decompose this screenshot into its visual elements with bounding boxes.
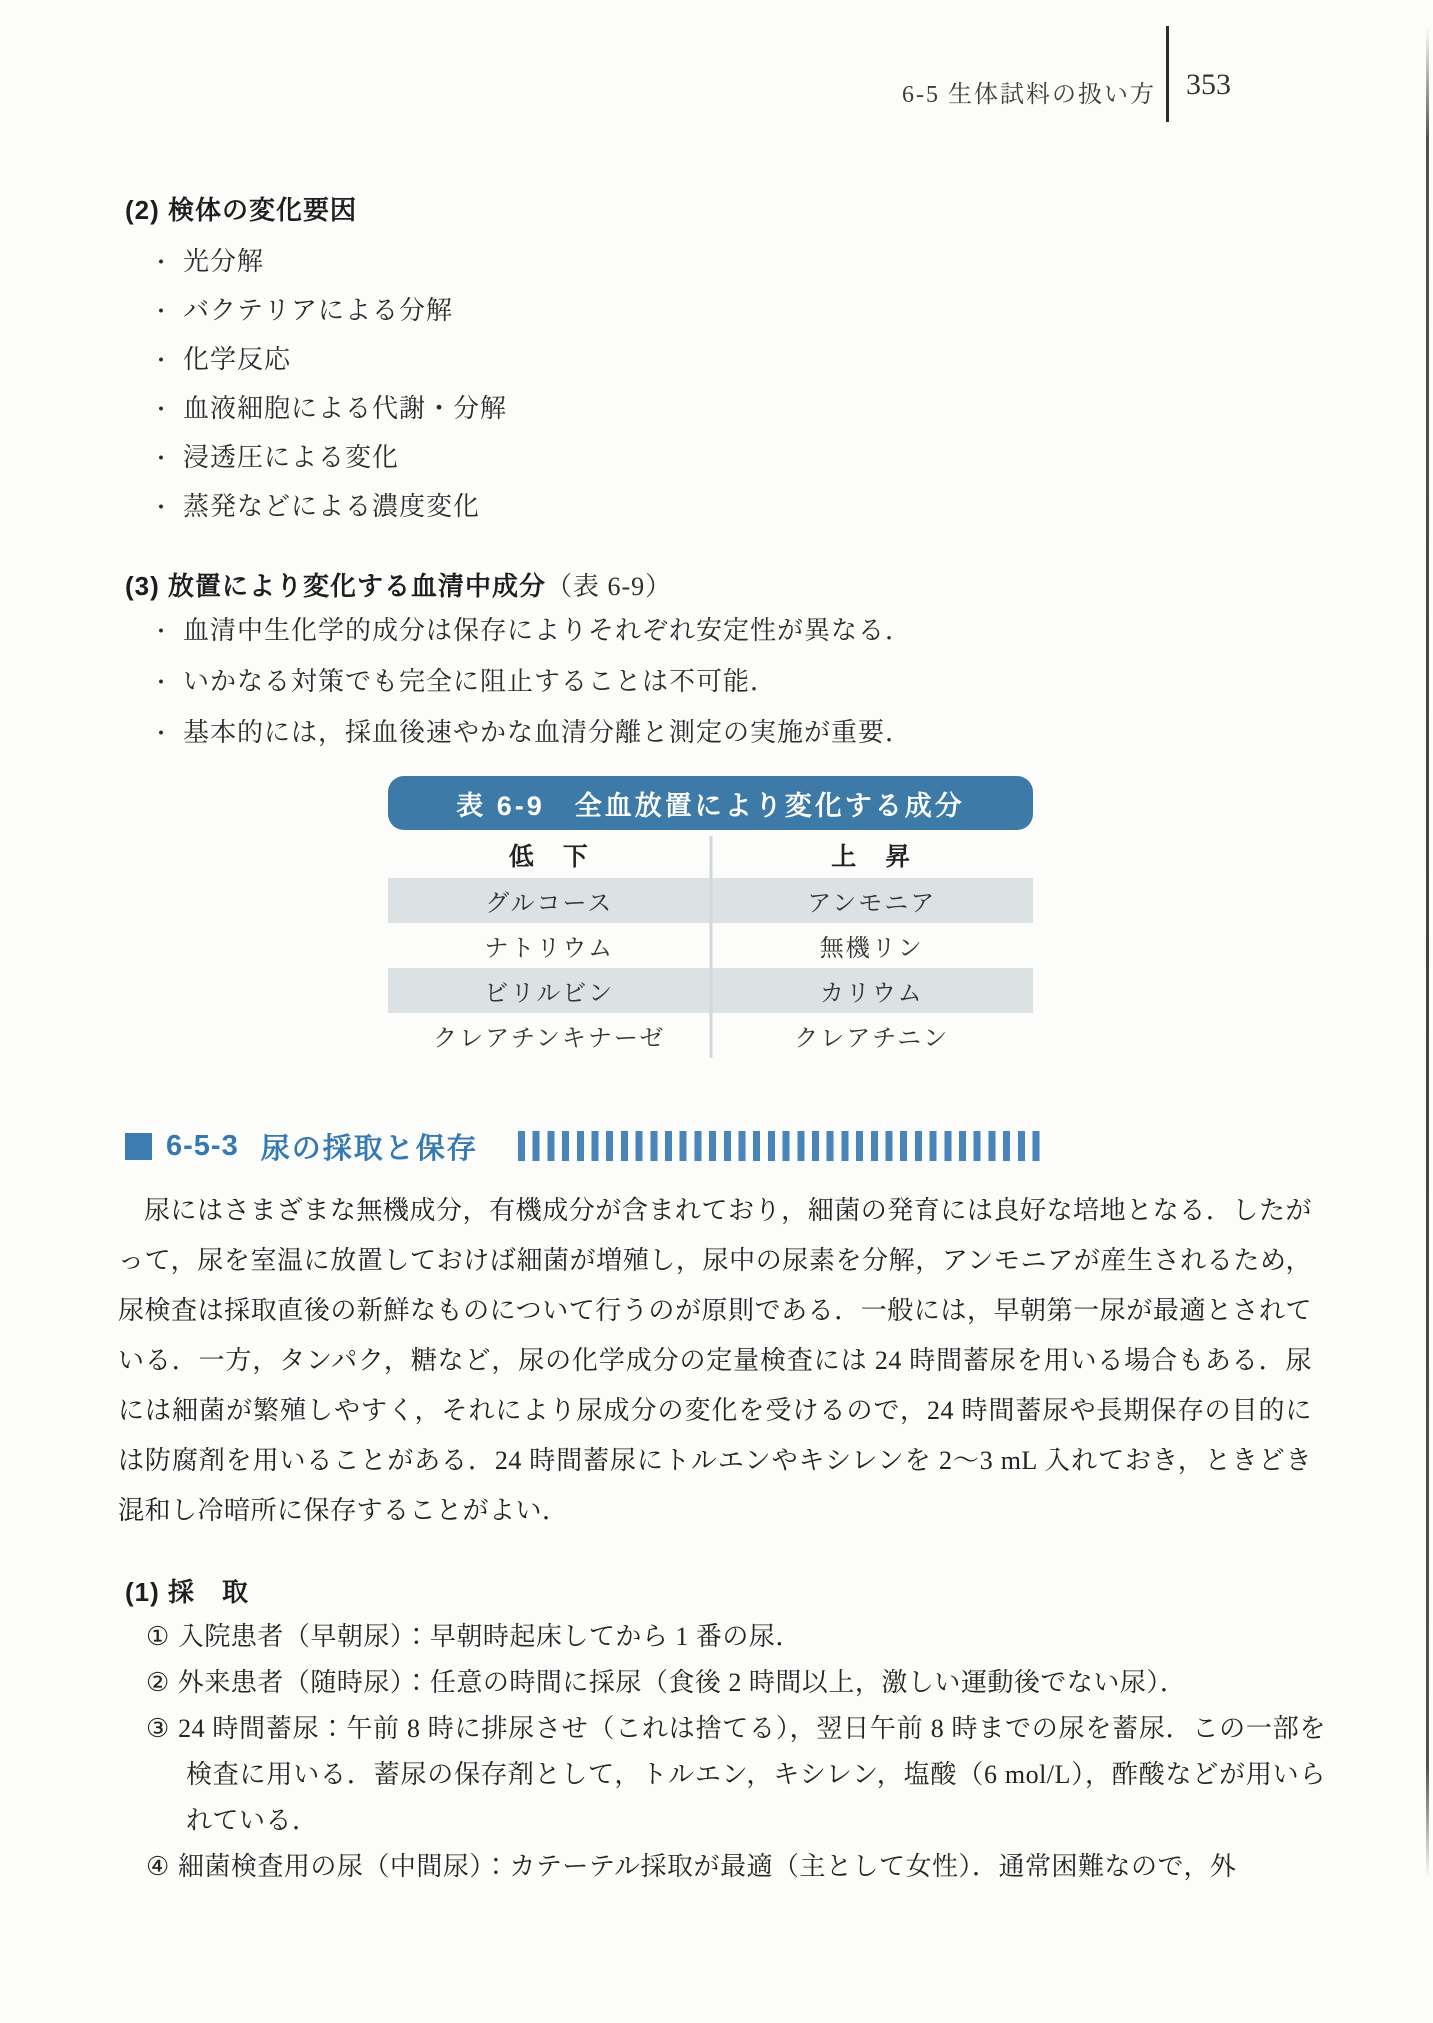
section-number: 6-5-3	[166, 1130, 239, 1163]
section2-heading: (2) 検体の変化要因	[125, 190, 357, 227]
item-number: ③	[146, 1714, 170, 1743]
item-number: ④	[146, 1852, 170, 1881]
section-title: 尿の採取と保存	[261, 1126, 478, 1167]
table-cell: グルコース	[388, 878, 711, 923]
table-cell: アンモニア	[711, 878, 1034, 923]
bullet-icon: ・	[150, 721, 173, 746]
bullet-icon: ・	[150, 446, 173, 471]
tick-bars-decoration	[518, 1131, 1046, 1161]
item-number: ②	[146, 1668, 170, 1697]
page-header: 6-5 生体試料の扱い方	[0, 74, 1156, 109]
table-cell: ナトリウム	[388, 923, 711, 968]
bullet-item: ・光分解	[150, 238, 507, 287]
bullet-icon: ・	[150, 619, 173, 644]
bullet-icon: ・	[150, 397, 173, 422]
scan-edge-line	[1426, 28, 1429, 1878]
bullet-item: ・バクテリアによる分解	[150, 287, 507, 336]
bullet-item: ・血液細胞による代謝・分解	[150, 385, 507, 434]
bullet-item: ・蒸発などによる濃度変化	[150, 483, 507, 532]
bullet-icon: ・	[150, 348, 173, 373]
table-cell: 無機リン	[711, 923, 1034, 968]
numbered-item: ③24 時間蓄尿：午前 8 時に排尿させ（これは捨てる），翌日午前 8 時までの…	[146, 1706, 1326, 1844]
bullet-item: ・化学反応	[150, 336, 507, 385]
bullet-item: ・基本的には，採血後速やかな血清分離と測定の実施が重要．	[150, 708, 912, 759]
bullet-item: ・血清中生化学的成分は保存によりそれぞれ安定性が異なる．	[150, 606, 912, 657]
table-grid: 低 下 上 昇 グルコース アンモニア ナトリウム 無機リン ビリルビン カリウ…	[388, 832, 1033, 1058]
table-column-divider	[709, 836, 712, 1058]
table-title-banner: 表 6-9 全血放置により変化する成分	[388, 776, 1033, 830]
section653-heading: 6-5-3 尿の採取と保存	[125, 1126, 1046, 1166]
bullet-icon: ・	[150, 299, 173, 324]
table-6-9: 表 6-9 全血放置により変化する成分 低 下 上 昇 グルコース アンモニア …	[388, 776, 1033, 1058]
bullet-item: ・浸透圧による変化	[150, 434, 507, 483]
table-cell: カリウム	[711, 968, 1034, 1013]
header-divider	[1166, 26, 1169, 122]
capture-numbered-list: ①入院患者（早朝尿）：早朝時起床してから 1 番の尿． ②外来患者（随時尿）：任…	[146, 1614, 1326, 1890]
bullet-icon: ・	[150, 495, 173, 520]
bullet-item: ・いかなる対策でも完全に阻止することは不可能．	[150, 657, 912, 708]
table-cell: クレアチンキナーゼ	[388, 1013, 711, 1058]
section2-bullet-list: ・光分解 ・バクテリアによる分解 ・化学反応 ・血液細胞による代謝・分解 ・浸透…	[150, 238, 507, 532]
page-number: 353	[1186, 68, 1231, 102]
column-header-decrease: 低 下	[388, 832, 711, 878]
item-number: ①	[146, 1622, 170, 1651]
bullet-icon: ・	[150, 670, 173, 695]
bullet-icon: ・	[150, 250, 173, 275]
section-marker-icon	[125, 1133, 152, 1160]
table-cell: ビリルビン	[388, 968, 711, 1013]
numbered-item: ②外来患者（随時尿）：任意の時間に採尿（食後 2 時間以上，激しい運動後でない尿…	[146, 1660, 1326, 1706]
numbered-item: ④細菌検査用の尿（中間尿）：カテーテル採取が最適（主として女性）．通常困難なので…	[146, 1844, 1326, 1890]
capture-heading: (1) 採 取	[125, 1572, 249, 1609]
table-cell: クレアチニン	[711, 1013, 1034, 1058]
column-header-increase: 上 昇	[711, 832, 1034, 878]
urine-paragraph: 尿にはさまざまな無機成分，有機成分が含まれており，細菌の発育には良好な培地となる…	[118, 1186, 1312, 1536]
numbered-item: ①入院患者（早朝尿）：早朝時起床してから 1 番の尿．	[146, 1614, 1326, 1660]
section3-heading: (3) 放置により変化する血清中成分（表 6-9）	[125, 566, 672, 603]
section3-bullet-list: ・血清中生化学的成分は保存によりそれぞれ安定性が異なる． ・いかなる対策でも完全…	[150, 606, 912, 759]
table-reference: （表 6-9）	[546, 572, 672, 601]
